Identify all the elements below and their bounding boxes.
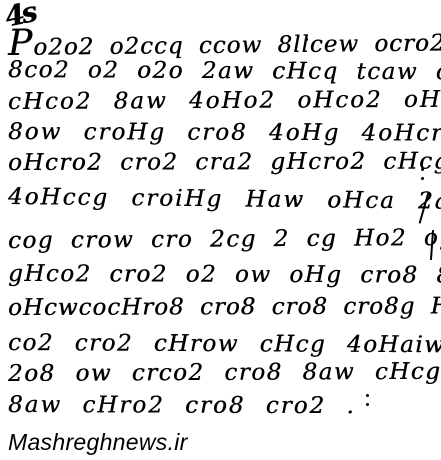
- manuscript-line: cog crow cro 2cg 2 cg Ho2 og2: [8, 225, 441, 254]
- manuscript-page: 4s Po2o2 o2ccq ccow 8llcew ocro2 8g⁺ 8co…: [0, 0, 441, 460]
- ink-speck: [421, 168, 424, 171]
- ink-speck: [366, 394, 369, 397]
- manuscript-line: gHco2 cro2 o2 ow oHg cro8 8aw: [8, 261, 441, 289]
- manuscript-line: 8co2 o2 o2o 2aw cHcq tcaw oac: [8, 57, 441, 85]
- manuscript-line: oHcro2 cro2 cra2 gHcro2 cHcg 2: [8, 148, 441, 176]
- manuscript-line: cHco2 8aw 4oHo2 oHco2 oHaw: [8, 87, 441, 115]
- manuscript-line: co2 cro2 cHrow cHcg 4oHaiw: [8, 330, 441, 358]
- manuscript-line: 4oHccg croiHg Haw oHca 2aw: [8, 184, 441, 215]
- manuscript-line: 8ow croHg cro8 4oHg 4oHcros: [8, 119, 441, 147]
- watermark-text: Mashreghnews.ir: [8, 429, 188, 456]
- ink-speck: [305, 38, 308, 41]
- manuscript-line: 8aw cHro2 cro8 cro2 .: [8, 392, 356, 419]
- manuscript-line: oHcwcocHro8 cro8 cro8 cro8g Haw: [8, 293, 441, 321]
- manuscript-line: 2o8 ow crco2 cro8 8aw cHcg: [8, 359, 441, 387]
